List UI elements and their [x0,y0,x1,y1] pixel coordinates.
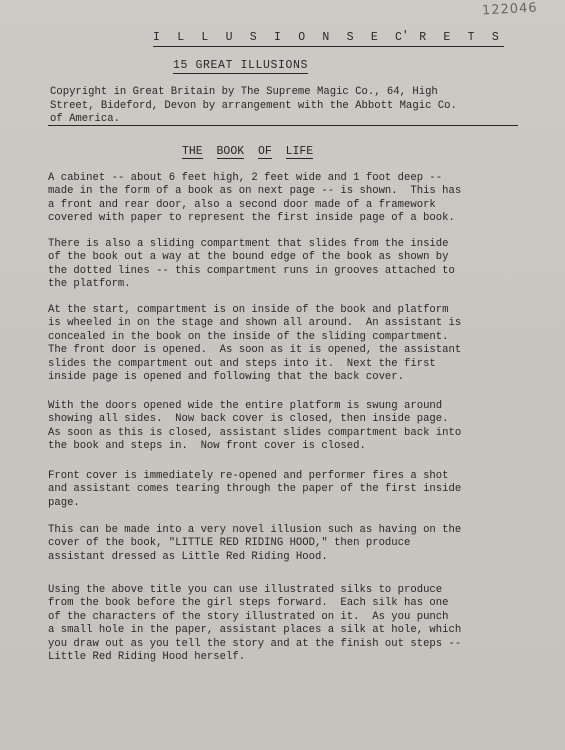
section-title-word: THE [182,145,203,159]
document-subtitle: 15 GREAT ILLUSIONS [173,58,308,74]
paragraph-at-the-start: At the start, compartment is on inside o… [48,304,528,384]
accession-number: 122046 [482,1,538,19]
stray-mark: ' [402,30,409,42]
paragraph-front-cover: Front cover is immediately re-opened and… [48,470,528,510]
document-page: 122046 I L L U S I O N S E C R E T S ' 1… [0,0,565,750]
section-title-word: OF [258,145,272,159]
section-title-word: BOOK [217,145,245,159]
copyright-notice: Copyright in Great Britain by The Suprem… [50,86,530,127]
paragraph-illustrated-silks: Using the above title you can use illust… [48,584,528,664]
section-title: THE BOOK OF LIFE [182,144,313,159]
horizontal-rule [48,125,518,126]
paragraph-cabinet: A cabinet -- about 6 feet high, 2 feet w… [48,172,528,226]
paragraph-doors-opened: With the doors opened wide the entire pl… [48,400,528,454]
section-title-word: LIFE [286,145,314,159]
paragraph-sliding-compartment: There is also a sliding compartment that… [48,238,528,292]
paragraph-novel-illusion: This can be made into a very novel illus… [48,524,528,564]
document-title: I L L U S I O N S E C R E T S [153,30,504,47]
